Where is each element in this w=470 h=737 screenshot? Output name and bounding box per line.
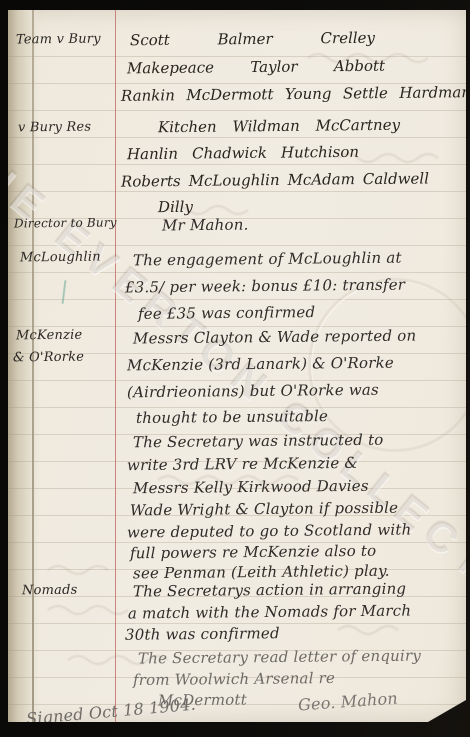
margin-note-ororke: & O'Rorke [13,350,84,367]
player-name: Hutchison [281,143,359,162]
margin-note-mcloughlin: McLoughlin [20,250,101,267]
entry-line: Messrs Clayton & Wade reported on [133,327,416,349]
team-row: Rankin McDermott Young Settle Hardman [121,83,470,105]
tick-mark [62,280,67,304]
entry-line: full powers re McKenzie also to [130,542,377,563]
player-name: Roberts [121,172,181,191]
entry-line: The Secretarys action in arranging [133,580,406,602]
player-name: Abbott [334,57,385,76]
player-name: Wildman [232,117,299,136]
player-name: Scott [130,31,170,49]
entry-line: were deputed to go to Scotland with [127,521,412,543]
team-row: Scott Balmer Crelley [130,29,375,50]
player-name: McAdam [287,170,355,189]
player-name: Taylor [250,58,297,76]
player-name: Crelley [320,29,375,48]
margin-note-mckenzie: McKenzie [16,328,82,345]
photo-backdrop: { "watermark": { "text": "THE EVERTON CO… [0,0,470,737]
player-name: Settle [343,84,388,102]
player-name: Makepeace [127,58,214,77]
entry-line: (Airdrieonians) but O'Rorke was [127,381,379,402]
team-row: Kitchen Wildman McCartney [158,116,400,137]
entry-line: from Woolwich Arsenal re [133,669,335,690]
entry-line: fee £35 was confirmed [138,303,315,324]
entry-line: The engagement of McLoughlin at [133,249,402,271]
entry-line: write 3rd LRV re McKenzie & [127,454,358,475]
entry-line: 30th was confirmed [125,624,280,644]
entry-line: Messrs Kelly Kirkwood Davies [133,477,369,498]
signed-date: Signed Oct 18 1904. [25,695,196,730]
team-row: Makepeace Taylor Abbott [127,57,385,78]
margin-note-team-v-bury: Team v Bury [16,32,101,49]
player-name: Kitchen [158,118,217,137]
margin-note-v-bury-res: v Bury Res [18,120,91,137]
entry-line: thought to be unsuitable [136,407,328,428]
player-name: Caldwell [363,169,429,188]
entry-line: £3.5/ per week: bonus £10: transfer [125,276,405,298]
signature: Geo. Mahon [297,689,398,716]
team-row: Roberts McLoughlin McAdam Caldwell [121,169,429,190]
red-margin-rule [115,10,116,722]
entry-line: The Secretary read letter of enquiry [138,647,421,669]
player-name: Hardman [399,83,470,102]
team-row: Hanlin Chadwick Hutchison [127,143,359,163]
player-name: McCartney [316,116,401,135]
entry-line: The Secretary was instructed to [133,431,384,452]
player-name: Balmer [218,30,273,49]
minute-book-page: THE EVERTON COLLECTION Team v Bury Scott… [8,10,466,722]
player-name: Dilly [158,198,193,216]
player-name: Young [285,85,332,103]
player-name: McDermott [186,85,273,104]
entry-line: Wade Wright & Clayton if possible [130,499,398,521]
player-name: McLoughlin [189,171,280,190]
entry-line: Mr Mahon. [162,216,249,236]
player-name: Rankin [121,86,175,105]
entry-line: a match with the Nomads for March [128,602,411,624]
player-name: Chadwick [192,144,267,163]
team-row: Dilly [158,198,193,216]
player-name: Hanlin [127,145,178,164]
margin-note-nomads: Nomads [22,583,78,600]
entry-line: McKenzie (3rd Lanark) & O'Rorke [127,354,394,376]
margin-note-director-to-bury: Director to Bury [14,215,117,231]
